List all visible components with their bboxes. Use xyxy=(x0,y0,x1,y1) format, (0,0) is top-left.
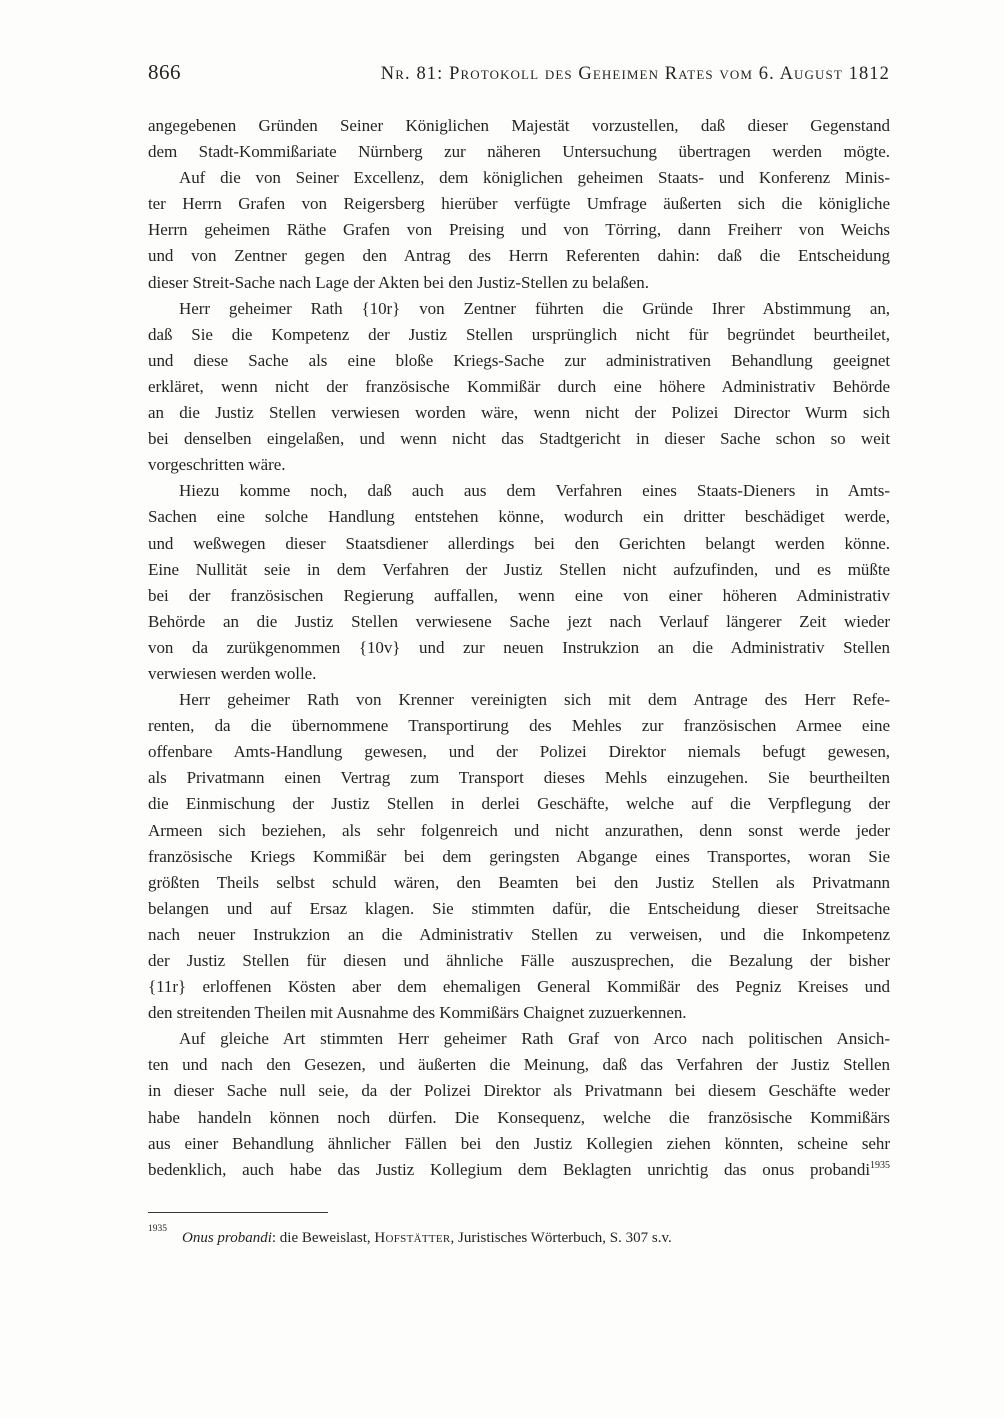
footnote-marker: 1935 xyxy=(148,1224,167,1234)
body-line: {11r} erloffenen Kösten aber dem ehemali… xyxy=(148,974,890,1000)
body-line: Auf die von Seiner Excellenz, dem königl… xyxy=(148,165,890,191)
body-line: Armeen sich beziehen, als sehr folgenrei… xyxy=(148,818,890,844)
body-line: vorgeschritten wäre. xyxy=(148,452,890,478)
body-line: bedenklich, auch habe das Justiz Kollegi… xyxy=(148,1157,890,1183)
paragraph: Auf die von Seiner Excellenz, dem königl… xyxy=(148,165,890,295)
body-line: und diese Sache als eine bloße Kriegs-Sa… xyxy=(148,348,890,374)
body-line: erkläret, wenn nicht der französische Ko… xyxy=(148,374,890,400)
body-line: belangen und auf Ersaz klagen. Sie stimm… xyxy=(148,896,890,922)
paragraph: angegebenen Gründen Seiner Königlichen M… xyxy=(148,113,890,165)
body-line: Eine Nullität seie in dem Verfahren der … xyxy=(148,557,890,583)
body-line: renten, da die übernommene Transportirun… xyxy=(148,713,890,739)
body-line: bei denselben eingelaßen, und wenn nicht… xyxy=(148,426,890,452)
body-line: französische Kriegs Kommißär bei dem ger… xyxy=(148,844,890,870)
body-line: verwiesen werden wolle. xyxy=(148,661,890,687)
body-line: nach neuer Instrukzion an die Administra… xyxy=(148,922,890,948)
footnote-reference: 1935 xyxy=(870,1160,890,1171)
body-line: dem Stadt-Kommißariate Nürnberg zur nähe… xyxy=(148,139,890,165)
paragraph: Herr geheimer Rath von Krenner vereinigt… xyxy=(148,687,890,1026)
body-line: den streitenden Theilen mit Ausnahme des… xyxy=(148,1000,890,1026)
body-line: habe handeln können noch dürfen. Die Kon… xyxy=(148,1105,890,1131)
body-line: Herrn geheimen Räthe Grafen von Preising… xyxy=(148,217,890,243)
body-text: angegebenen Gründen Seiner Königlichen M… xyxy=(148,113,890,1183)
paragraph: Hiezu komme noch, daß auch aus dem Verfa… xyxy=(148,478,890,687)
body-line: daß Sie die Kompetenz der Justiz Stellen… xyxy=(148,322,890,348)
body-line: ter Herrn Grafen von Reigersberg hierübe… xyxy=(148,191,890,217)
body-line: ten und nach den Gesezen, und äußerten d… xyxy=(148,1052,890,1078)
footnote-segment: Hofstätter xyxy=(374,1230,450,1246)
body-line: dieser Streit-Sache nach Lage der Akten … xyxy=(148,270,890,296)
page-number: 866 xyxy=(148,60,181,85)
footnote-separator xyxy=(148,1212,328,1213)
body-line: Hiezu komme noch, daß auch aus dem Verfa… xyxy=(148,478,890,504)
body-line: angegebenen Gründen Seiner Königlichen M… xyxy=(148,113,890,139)
footnote-text: Onus probandi: die Beweislast, Hofstätte… xyxy=(182,1230,672,1246)
body-line: von da zurükgenommen {10v} und zur neuen… xyxy=(148,635,890,661)
body-line: aus einer Behandlung ähnlicher Fällen be… xyxy=(148,1131,890,1157)
paragraph: Auf gleiche Art stimmten Herr geheimer R… xyxy=(148,1026,890,1183)
running-head: Nr. 81: Protokoll des Geheimen Rates vom… xyxy=(381,64,890,85)
paragraph: Herr geheimer Rath {10r} von Zentner füh… xyxy=(148,296,890,479)
footnote: 1935Onus probandi: die Beweislast, Hofst… xyxy=(148,1224,890,1249)
body-line: in dieser Sache null seie, da der Polize… xyxy=(148,1078,890,1104)
body-line: an die Justiz Stellen verwiesen worden w… xyxy=(148,400,890,426)
body-line: und von Zentner gegen den Antrag des Her… xyxy=(148,243,890,269)
body-line: der Justiz Stellen für diesen und ähnlic… xyxy=(148,948,890,974)
body-line: Auf gleiche Art stimmten Herr geheimer R… xyxy=(148,1026,890,1052)
body-line: Herr geheimer Rath von Krenner vereinigt… xyxy=(148,687,890,713)
footnote-segment: , Juristisches Wörterbuch, S. 307 s.v. xyxy=(451,1230,672,1246)
body-line: und weßwegen dieser Staatsdiener allerdi… xyxy=(148,531,890,557)
body-line: größten Theils selbst schuld wären, den … xyxy=(148,870,890,896)
body-line: Sachen eine solche Handlung entstehen kö… xyxy=(148,504,890,530)
body-line: die Einmischung der Justiz Stellen in de… xyxy=(148,791,890,817)
footnote-segment: Onus probandi xyxy=(182,1230,272,1246)
body-line: Behörde an die Justiz Stellen verwiesene… xyxy=(148,609,890,635)
book-page: 866 Nr. 81: Protokoll des Geheimen Rates… xyxy=(0,0,1004,1418)
page-header: 866 Nr. 81: Protokoll des Geheimen Rates… xyxy=(148,60,890,85)
body-line: als Privatmann einen Vertrag zum Transpo… xyxy=(148,765,890,791)
body-line: offenbare Amts-Handlung gewesen, und der… xyxy=(148,739,890,765)
body-line: bei der französischen Regierung auffalle… xyxy=(148,583,890,609)
body-line: Herr geheimer Rath {10r} von Zentner füh… xyxy=(148,296,890,322)
footnote-segment: : die Beweislast, xyxy=(272,1230,374,1246)
